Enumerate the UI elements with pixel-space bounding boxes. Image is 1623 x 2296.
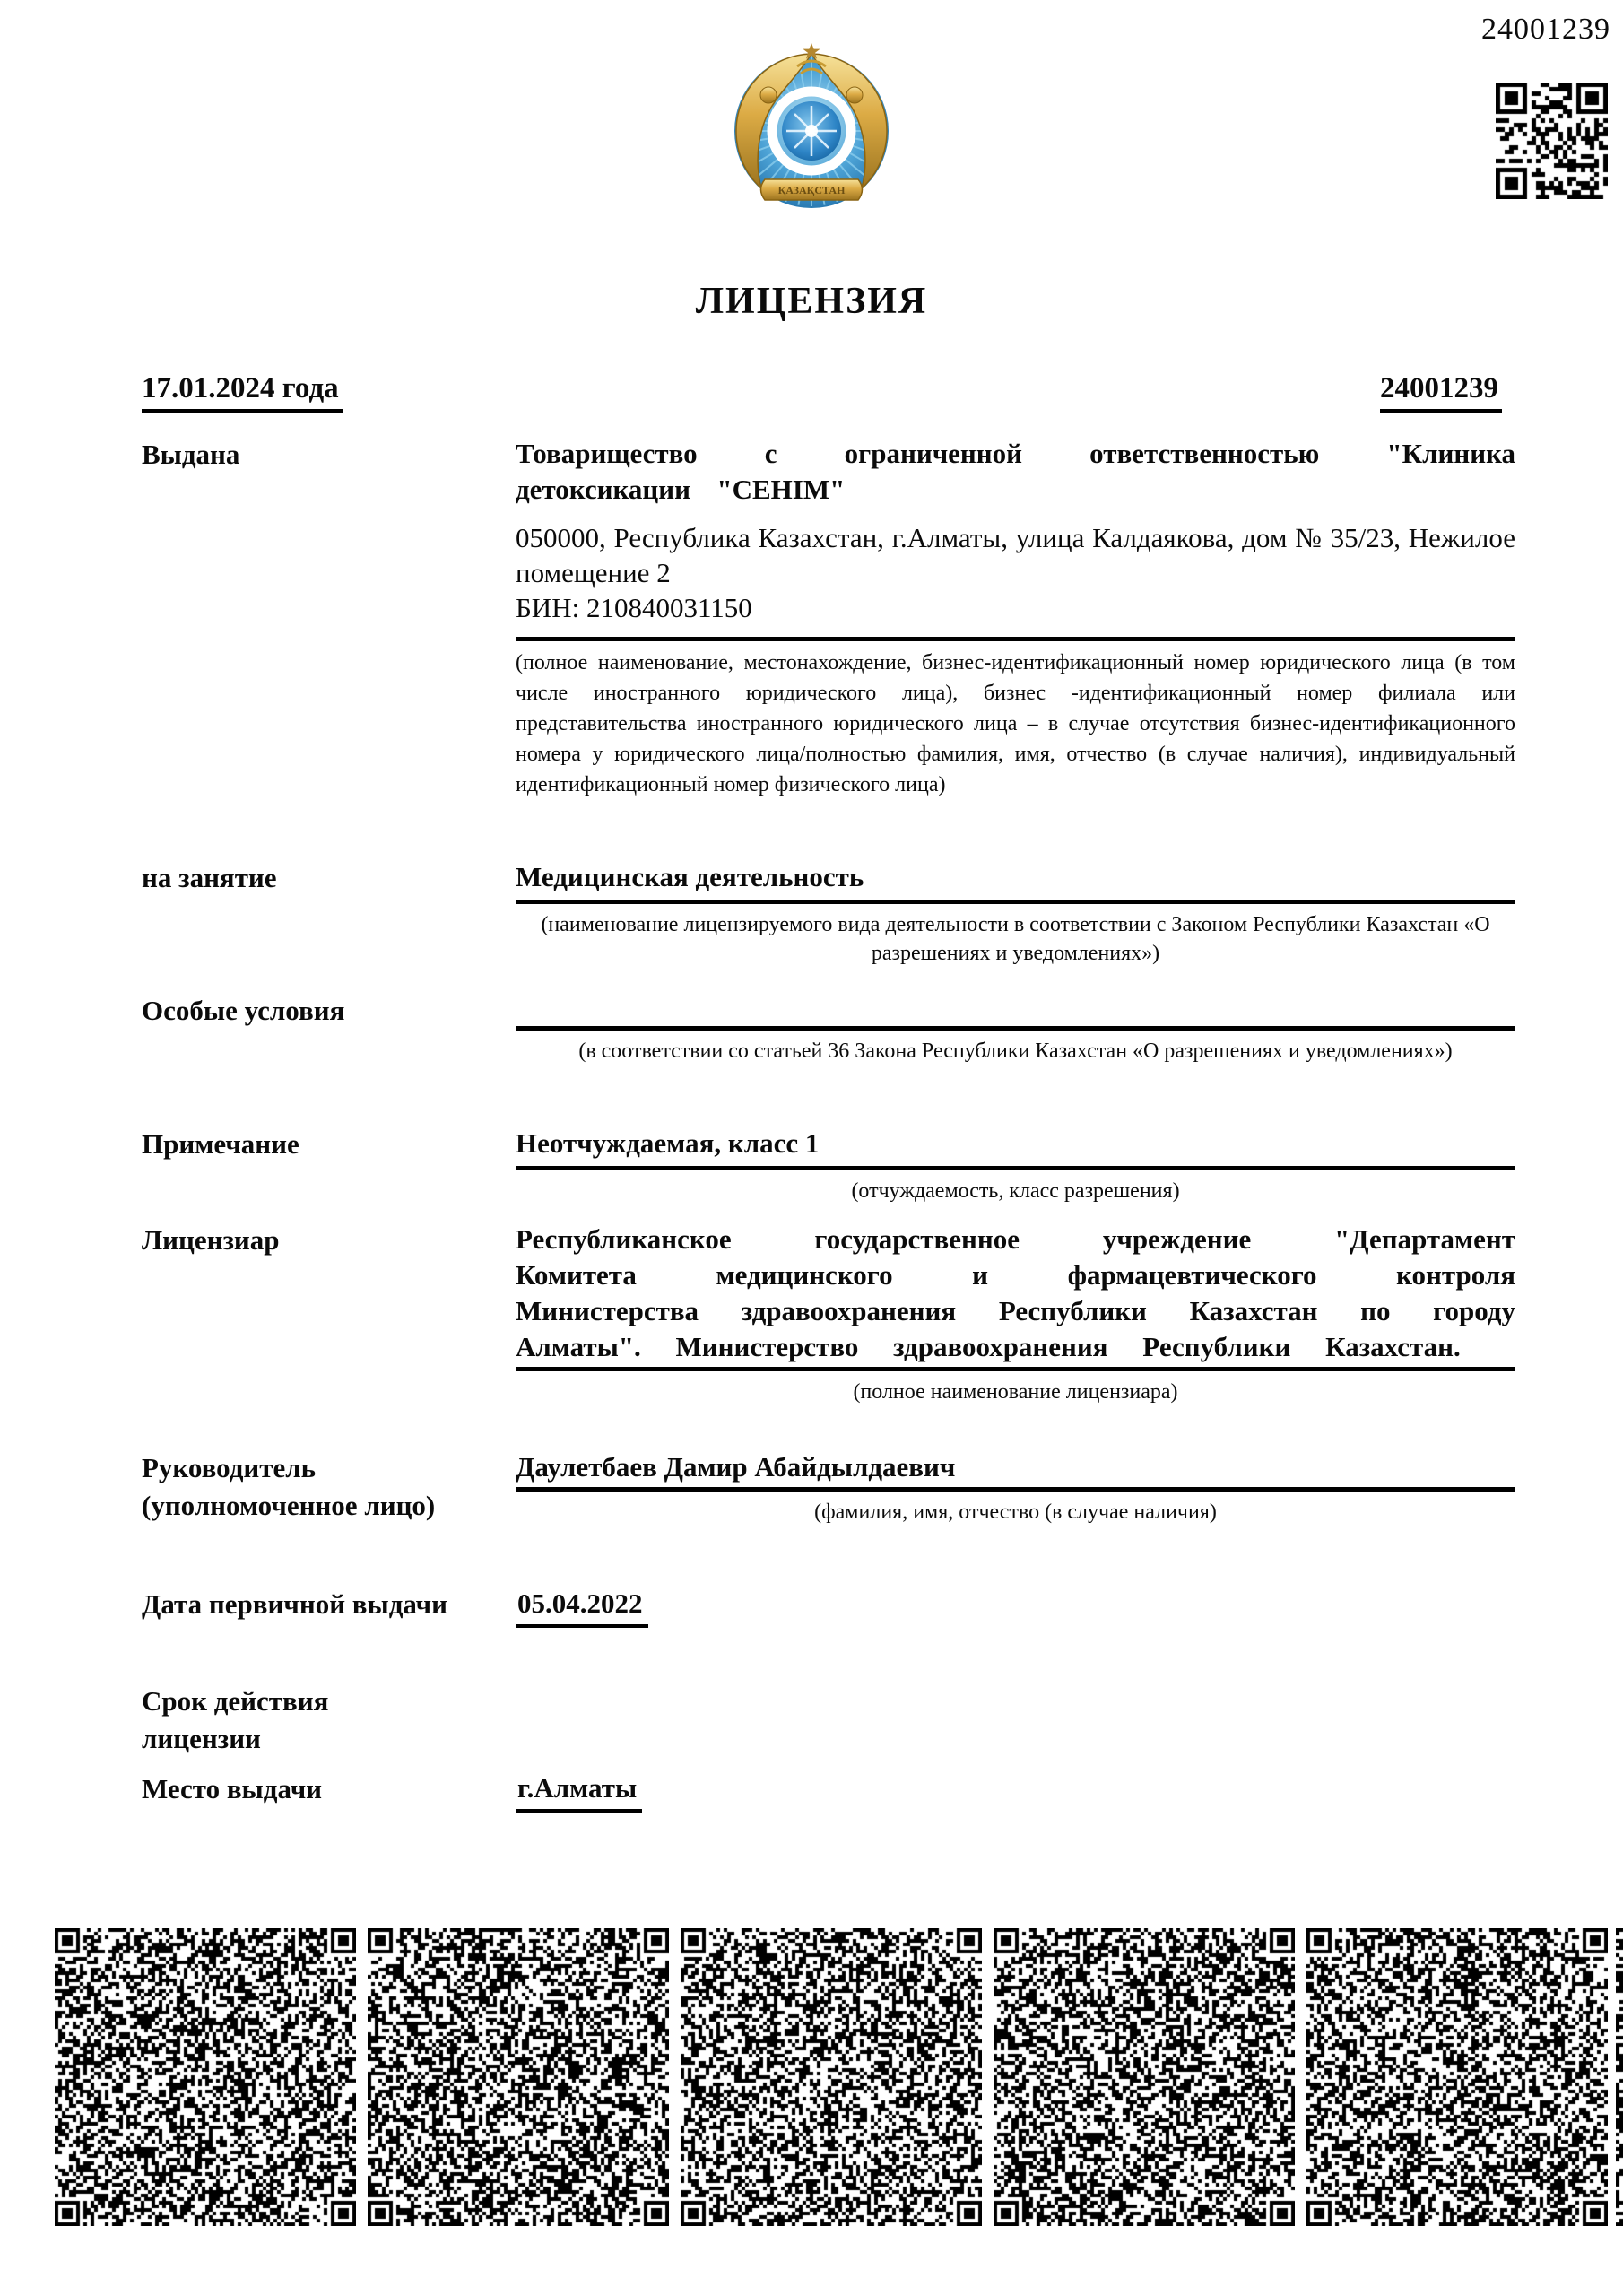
- remark-value-cell: Неотчуждаемая, класс 1 (отчуждаемость, к…: [516, 1126, 1515, 1205]
- license-number: 24001239: [1380, 372, 1502, 413]
- remark-value: Неотчуждаемая, класс 1: [516, 1126, 1515, 1161]
- license-document: 24001239: [0, 0, 1623, 2296]
- issued-to-note: (полное наименование, местонахождение, б…: [516, 648, 1515, 800]
- issue-place-label: Место выдачи: [142, 1770, 516, 1813]
- qr-code: [1496, 83, 1608, 199]
- head-value-cell: Даулетбаев Дамир Абайдылдаевич (фамилия,…: [516, 1449, 1515, 1526]
- field-row-licensor: Лицензиар Республиканское государственно…: [142, 1222, 1515, 1406]
- field-row-special-conditions: Особые условия (в соответствии со статье…: [142, 992, 1515, 1065]
- barcode-strip: [55, 1928, 1619, 2226]
- field-row-head: Руководитель (уполномоченное лицо) Дауле…: [142, 1449, 1515, 1526]
- licensor-label: Лицензиар: [142, 1222, 516, 1406]
- issue-date: 17.01.2024 года: [142, 372, 343, 413]
- page-title: ЛИЦЕНЗИЯ: [0, 280, 1623, 323]
- barcode-block-4: [994, 1928, 1295, 2226]
- barcode-block-3: [681, 1928, 982, 2226]
- head-note: (фамилия, имя, отчество (в случае наличи…: [516, 1498, 1515, 1526]
- head-label-line2: (уполномоченное лицо): [142, 1487, 516, 1525]
- field-row-activity: на занятие Медицинская деятельность (наи…: [142, 859, 1515, 968]
- issued-to-label: Выдана: [142, 436, 516, 800]
- emblem-left-curl: [760, 87, 777, 103]
- licensor-value-cell: Республиканское государственное учрежден…: [516, 1222, 1515, 1406]
- validity-label-line2: лицензии: [142, 1720, 516, 1758]
- validity-label: Срок действия лицензии: [142, 1683, 516, 1758]
- field-row-remark: Примечание Неотчуждаемая, класс 1 (отчуж…: [142, 1126, 1515, 1205]
- licensor-value: Республиканское государственное учрежден…: [516, 1222, 1515, 1365]
- remark-label: Примечание: [142, 1126, 516, 1205]
- divider-rule: [516, 900, 1515, 904]
- validity-label-line1: Срок действия: [142, 1683, 516, 1720]
- activity-value: Медицинская деятельность: [516, 859, 1515, 895]
- validity-value-cell: [516, 1683, 1515, 1758]
- date-number-row: 17.01.2024 года 24001239: [142, 372, 1502, 413]
- activity-note: (наименование лицензируемого вида деятел…: [516, 910, 1515, 968]
- special-conditions-value-cell: (в соответствии со статьей 36 Закона Рес…: [516, 992, 1515, 1065]
- issue-place-value-cell: г.Алматы: [516, 1770, 1515, 1813]
- divider-rule: [516, 1367, 1515, 1371]
- issued-to-bin: БИН: 210840031150: [516, 592, 1515, 624]
- divider-rule: [516, 1166, 1515, 1170]
- head-value: Даулетбаев Дамир Абайдылдаевич: [516, 1449, 1515, 1485]
- barcode-block-5: [1306, 1928, 1608, 2226]
- special-conditions-note: (в соответствии со статьей 36 Закона Рес…: [516, 1037, 1515, 1065]
- issued-to-company: Товарищество с ограниченной ответственно…: [516, 436, 1515, 508]
- field-row-first-issue-date: Дата первичной выдачи 05.04.2022: [142, 1586, 1515, 1628]
- issued-to-value-cell: Товарищество с ограниченной ответственно…: [516, 436, 1515, 800]
- activity-value-cell: Медицинская деятельность (наименование л…: [516, 859, 1515, 968]
- activity-label: на занятие: [142, 859, 516, 968]
- head-label-line1: Руководитель: [142, 1449, 516, 1487]
- issued-to-address: 050000, Республика Казахстан, г.Алматы, …: [516, 520, 1515, 590]
- barcode-block-2: [368, 1928, 669, 2226]
- divider-rule: [516, 637, 1515, 641]
- field-row-issue-place: Место выдачи г.Алматы: [142, 1770, 1515, 1813]
- emblem-banner-text: ҚАЗАҚСТАН: [778, 184, 846, 196]
- document-number-top: 24001239: [1481, 13, 1610, 47]
- head-label: Руководитель (уполномоченное лицо): [142, 1449, 516, 1526]
- divider-rule: [516, 1026, 1515, 1031]
- barcode-block-1: [55, 1928, 356, 2226]
- kazakhstan-emblem: ҚАЗАҚСТАН: [722, 39, 901, 219]
- field-row-issued-to: Выдана Товарищество с ограниченной ответ…: [142, 436, 1515, 800]
- divider-rule: [516, 1487, 1515, 1492]
- first-issue-date-value: 05.04.2022: [516, 1586, 648, 1628]
- first-issue-date-label: Дата первичной выдачи: [142, 1586, 516, 1628]
- emblem-globe-center: [805, 125, 818, 137]
- empty-value-space: [516, 992, 1515, 1024]
- licensor-note: (полное наименование лицензиара): [516, 1378, 1515, 1406]
- issue-place-value: г.Алматы: [516, 1770, 642, 1813]
- barcode-block-partial: [1616, 1928, 1623, 2226]
- emblem-right-curl: [846, 87, 863, 103]
- special-conditions-label: Особые условия: [142, 992, 516, 1065]
- field-row-validity: Срок действия лицензии: [142, 1683, 1515, 1758]
- first-issue-date-value-cell: 05.04.2022: [516, 1586, 1515, 1628]
- remark-note: (отчуждаемость, класс разрешения): [516, 1177, 1515, 1205]
